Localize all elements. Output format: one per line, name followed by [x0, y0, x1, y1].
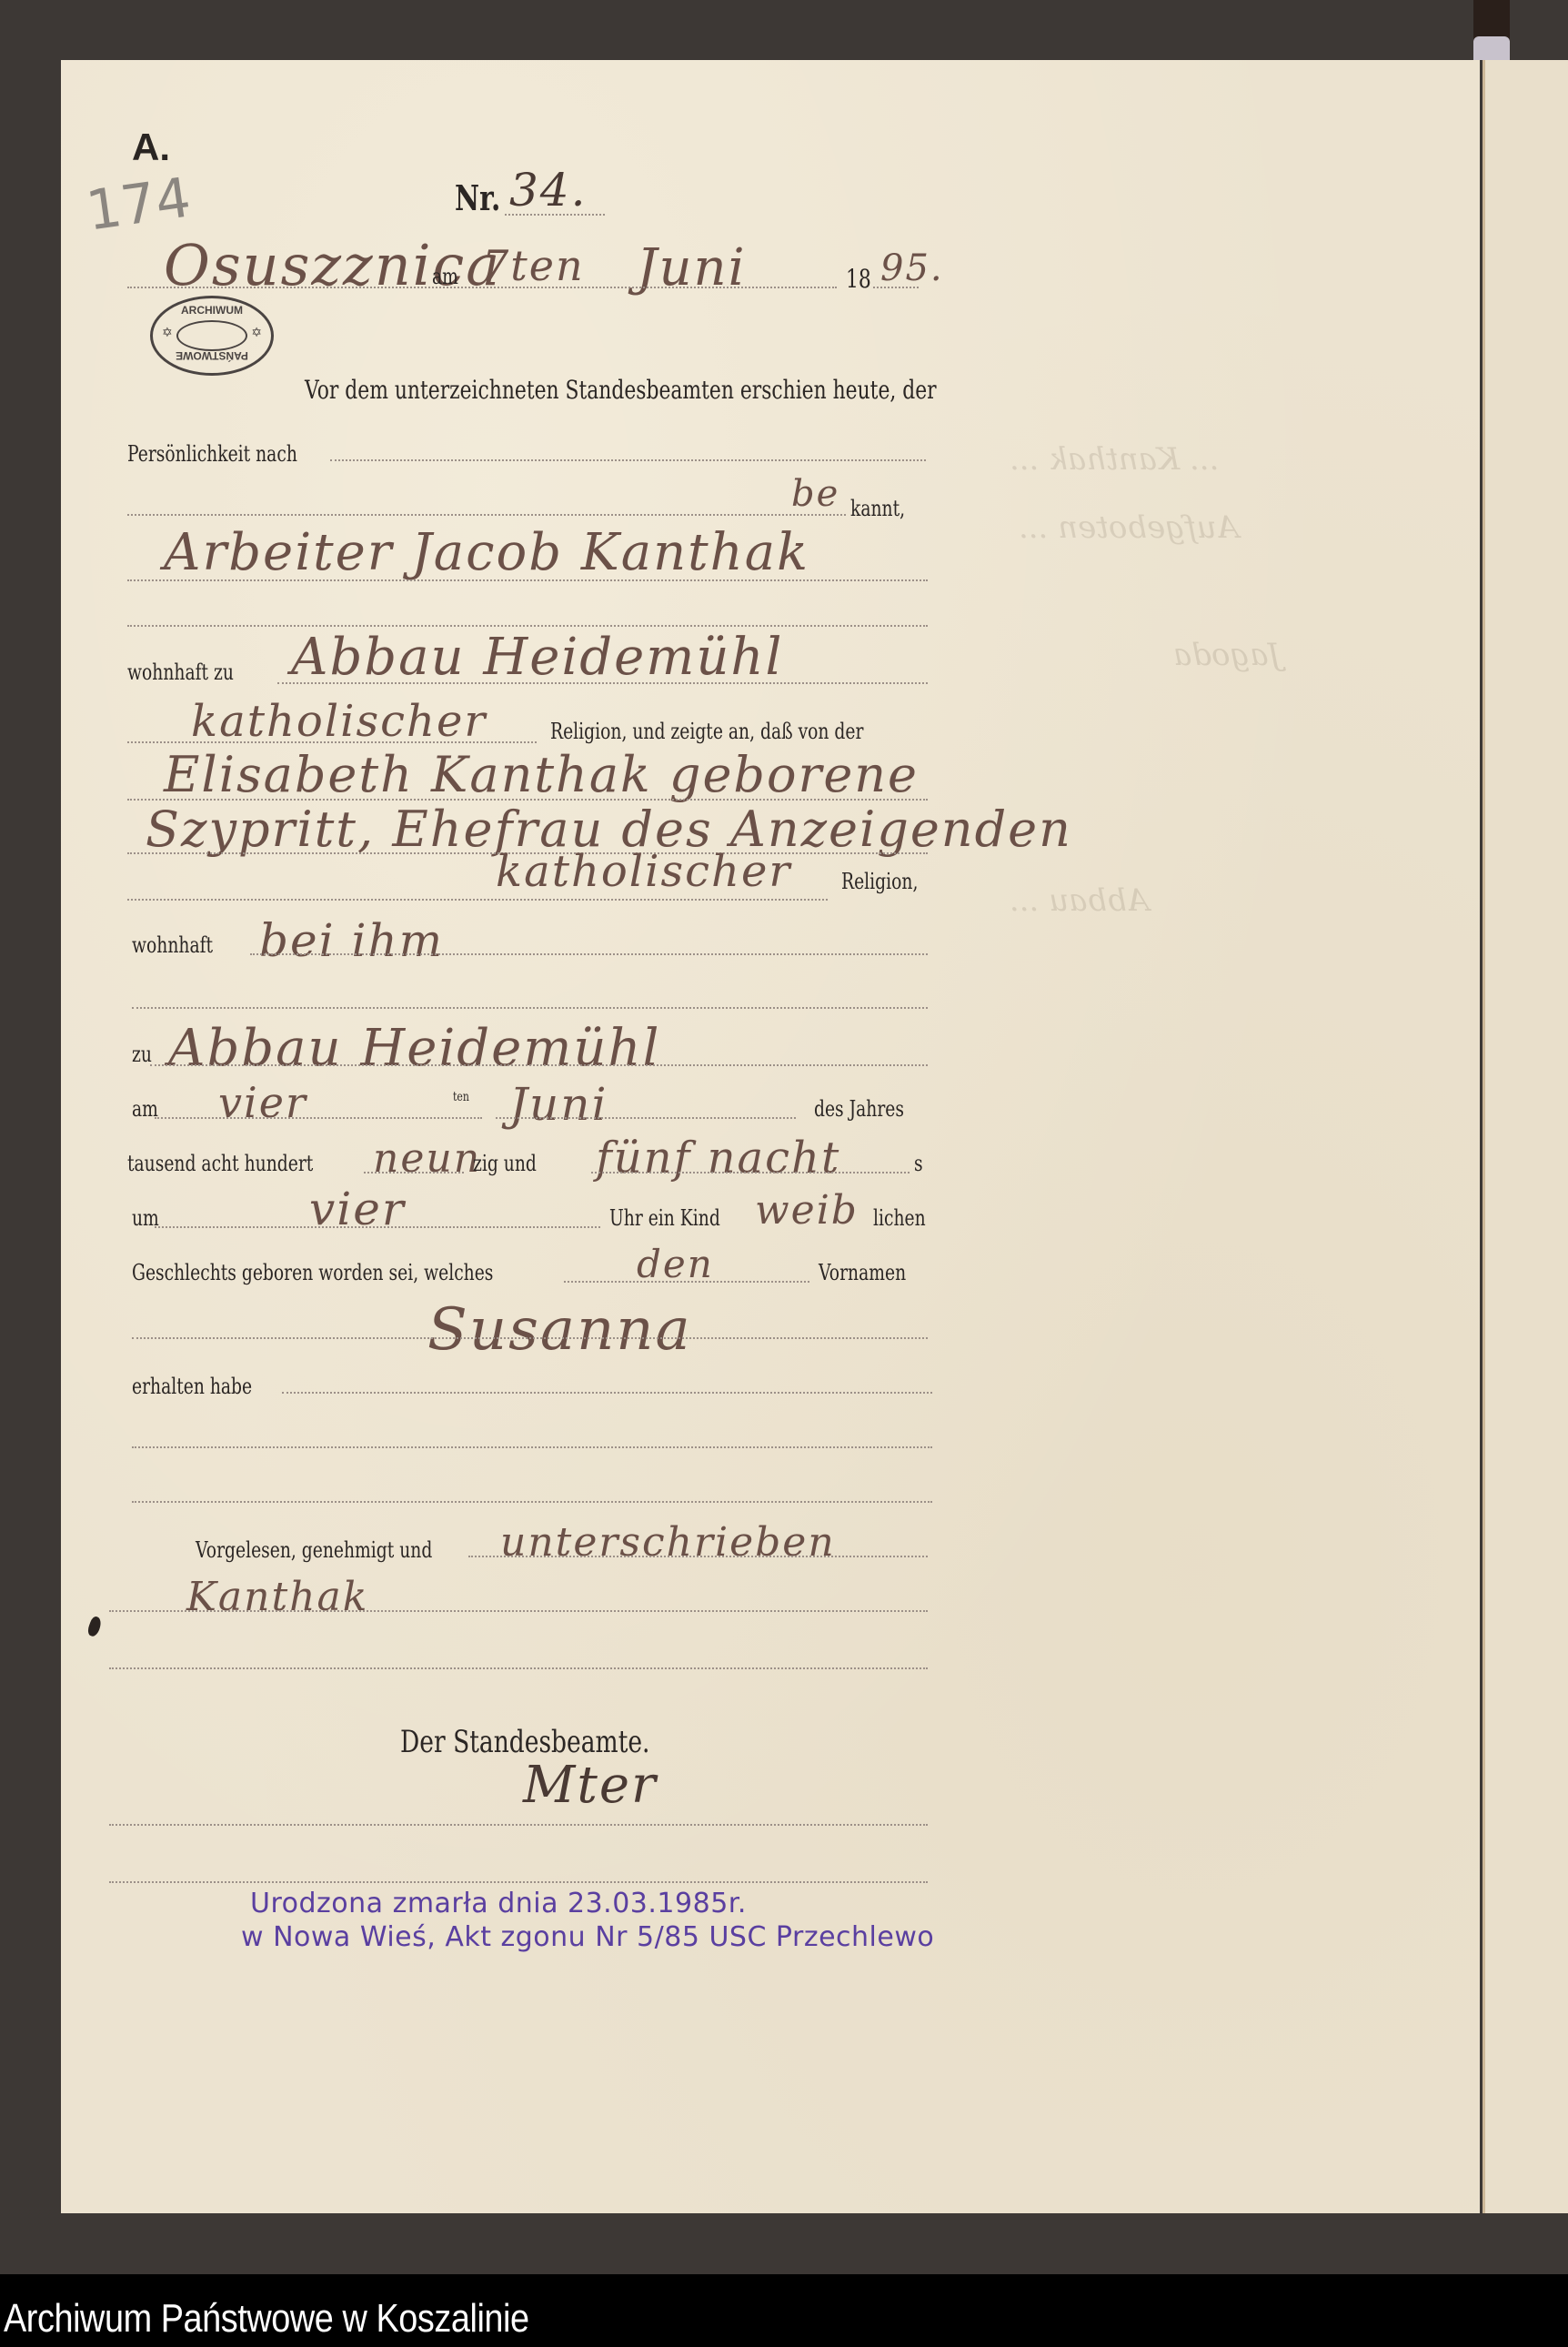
birth-day: vier	[218, 1078, 307, 1127]
am-label: am	[432, 264, 458, 289]
geschlechts-label: Geschlechts geboren worden sei, welches	[132, 1260, 493, 1285]
dotted-line	[155, 1226, 600, 1228]
religion-declarant: katholischer	[191, 696, 487, 747]
dotted-line	[127, 287, 837, 288]
registrar-signature: Mter	[523, 1756, 658, 1815]
year-prefix: 18	[846, 264, 871, 294]
ten-suffix: ten	[453, 1090, 469, 1104]
child-name: Susanna	[427, 1296, 692, 1364]
dotted-line	[132, 1446, 932, 1448]
stamp-inner-oval	[176, 320, 247, 351]
zig-und-label: zig und	[473, 1151, 537, 1176]
birth-year-unit: fünf nacht	[596, 1133, 840, 1184]
dotted-line	[505, 214, 605, 216]
binding-thread	[1473, 36, 1510, 60]
bekannt-handwritten: be	[791, 473, 839, 515]
record-number-label: Nr.	[455, 177, 500, 218]
uhr-kind-label: Uhr ein Kind	[609, 1205, 720, 1231]
date-day: 7ten	[482, 241, 585, 290]
lichen-suffix: lichen	[873, 1205, 926, 1231]
bleed-through-text: Aufgeboten ...	[1019, 509, 1239, 546]
bleed-through-text: Abbau ...	[1010, 882, 1149, 919]
dotted-line	[109, 1881, 928, 1883]
dotted-line	[132, 1337, 928, 1339]
des-jahres-label: des Jahres	[814, 1096, 904, 1122]
mother-residence: bei ihm	[259, 914, 444, 967]
dotted-line	[150, 1064, 928, 1066]
dotted-line	[109, 1610, 928, 1612]
residence: Abbau Heidemühl	[291, 628, 783, 687]
declarant-signature: Kanthak	[186, 1574, 368, 1620]
stamp-top-text: ARCHIWUM	[153, 304, 271, 317]
dotted-line	[277, 682, 928, 684]
s-suffix: s	[914, 1151, 923, 1176]
persoenlichkeit-label: Persönlichkeit nach	[127, 441, 297, 467]
standesbeamte-label: Der Standesbeamte.	[400, 1724, 649, 1760]
dotted-line	[132, 1007, 928, 1009]
dotted-line	[496, 1117, 796, 1119]
annotation-line2: w Nowa Wieś, Akt zgonu Nr 5/85 USC Przec…	[241, 1921, 934, 1953]
star-icon: ✡	[251, 326, 262, 340]
dotted-line	[127, 899, 828, 901]
archive-stamp: ARCHIWUM ✡ ✡ PAŃSTWOWE	[150, 296, 274, 376]
next-page-edge	[1483, 60, 1568, 2213]
erhalten-label: erhalten habe	[132, 1374, 252, 1399]
dotted-line	[127, 741, 537, 743]
child-sex: weib	[755, 1187, 859, 1234]
year-suffix: 95.	[880, 247, 944, 289]
wohnhaft-label: wohnhaft	[132, 932, 213, 958]
intro-text: Vor dem unterzeichneten Standesbeamten e…	[305, 375, 937, 405]
dotted-line	[330, 459, 926, 461]
binding-spine	[1473, 0, 1510, 60]
record-number: 34.	[509, 164, 588, 217]
dotted-line	[564, 1281, 809, 1283]
bleed-through-text: ... Kanthak ...	[1010, 441, 1219, 478]
religion-label-2: Religion,	[841, 869, 918, 894]
vornamen-label: Vornamen	[819, 1260, 906, 1285]
archive-name: Archiwum Państwowe w Koszalinie	[4, 2296, 529, 2342]
dotted-line	[155, 1117, 482, 1119]
star-icon: ✡	[162, 326, 173, 340]
birth-place: Abbau Heidemühl	[168, 1019, 660, 1078]
birth-year-decade: neun	[373, 1135, 481, 1182]
dotted-line	[127, 514, 846, 516]
birth-month: Juni	[509, 1078, 608, 1131]
unterschrieben-handwritten: unterschrieben	[500, 1519, 836, 1566]
wohnhaft-zu-label: wohnhaft zu	[127, 660, 234, 685]
dotted-line	[109, 1667, 928, 1669]
tausend-label: tausend acht hundert	[127, 1151, 313, 1176]
mother-name-line1: Elisabeth Kanthak geborene	[164, 746, 919, 803]
dotted-line	[873, 287, 919, 288]
stamp-bottom-text: PAŃSTWOWE	[153, 349, 271, 362]
dotted-line	[282, 1392, 932, 1394]
dotted-line	[127, 579, 928, 581]
date-month: Juni	[637, 238, 747, 297]
den-handwritten: den	[637, 1242, 714, 1286]
religion-mother: katholischer	[496, 846, 791, 897]
dotted-line	[250, 953, 928, 955]
dotted-line	[468, 1556, 928, 1557]
form-letter: A.	[132, 126, 170, 169]
annotation-line1: Urodzona zmarła dnia 23.03.1985r.	[250, 1888, 747, 1919]
zu-label: zu	[132, 1042, 152, 1067]
bekannt-label: kannt,	[850, 496, 905, 521]
declarant-name: Arbeiter Jacob Kanthak	[164, 523, 809, 582]
vorgelesen-label: Vorgelesen, genehmigt und	[196, 1537, 432, 1563]
bleed-through-text: Jagoda	[1173, 637, 1281, 673]
dotted-line	[127, 625, 928, 627]
dotted-line	[109, 1824, 928, 1826]
dotted-line	[132, 1501, 932, 1503]
religion-label: Religion, und zeigte an, daß von der	[550, 719, 863, 744]
dotted-line	[591, 1172, 910, 1173]
dotted-line	[364, 1172, 464, 1173]
